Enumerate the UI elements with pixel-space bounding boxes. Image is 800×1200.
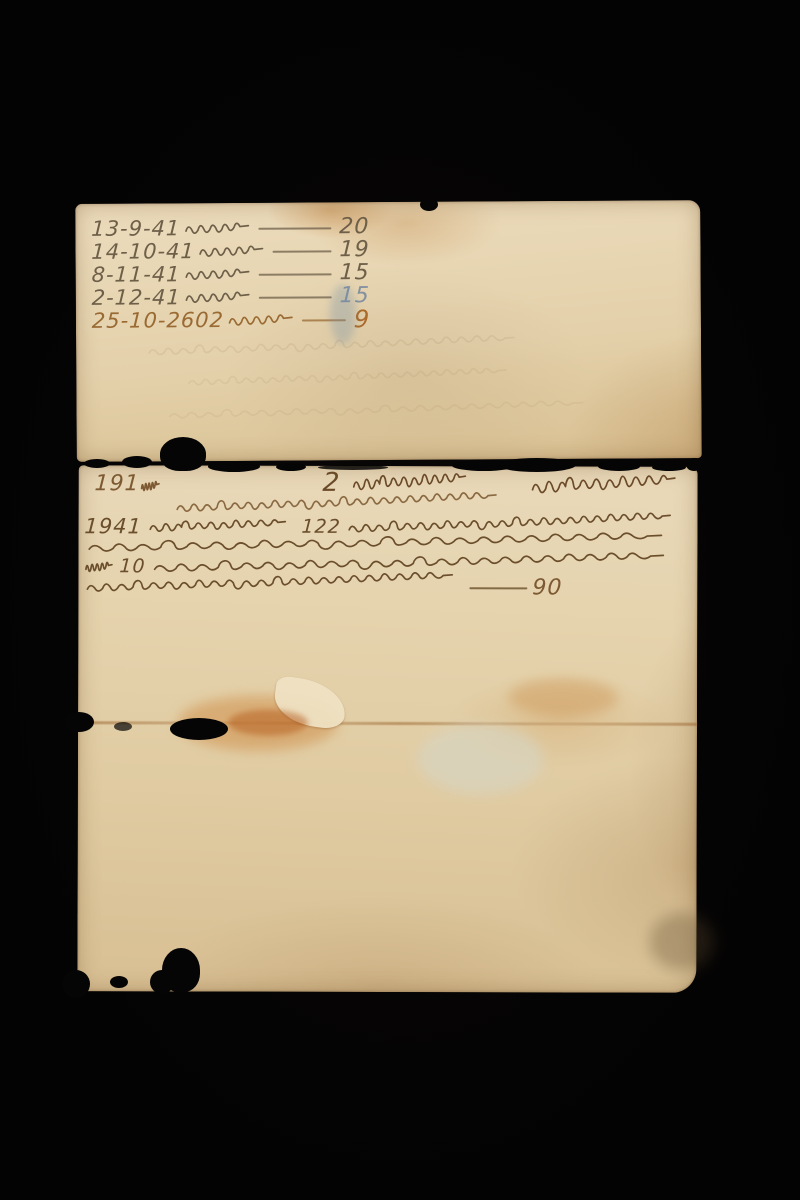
tamil-script-squiggle	[529, 473, 687, 497]
ledger-date: 8-11-41	[91, 262, 181, 287]
photo-background: 13-9-41 20 14-10-41 19 8-11-41 15 2-12-4…	[0, 0, 800, 1200]
ledger-date: 25-10-2602	[91, 308, 224, 333]
tamil-script-squiggle	[197, 242, 269, 259]
tear-hole	[62, 970, 90, 998]
tear-hole	[122, 456, 152, 468]
tamil-script-squiggle	[141, 477, 161, 493]
tear-hole	[598, 462, 640, 471]
tamil-script-squiggle	[183, 265, 255, 282]
tear-hole	[208, 461, 260, 472]
tear-hole	[686, 458, 702, 471]
corner-note-number: 191	[94, 471, 140, 496]
header-invocation-sivamayam: 2	[323, 468, 475, 498]
ledger-amount: 19	[339, 237, 370, 262]
tear-hole	[110, 976, 128, 988]
tamil-script-squiggle	[226, 311, 298, 328]
tamil-script-squiggle	[84, 578, 464, 595]
ledger-date: 14-10-41	[91, 239, 195, 264]
body-number: 10	[119, 555, 146, 577]
dash-stroke	[273, 250, 332, 252]
bleed-through-script	[166, 406, 596, 421]
tear-hole	[498, 458, 576, 472]
invocation-line	[175, 498, 507, 515]
header-name	[529, 473, 687, 497]
body-year: 1941	[84, 514, 143, 538]
ledger-date: 2-12-41	[91, 285, 181, 310]
tamil-script-squiggle	[175, 498, 507, 515]
tear-hole	[114, 722, 132, 731]
tamil-script-squiggle	[182, 219, 254, 236]
tamil-script-squiggle	[346, 519, 680, 536]
stain-orange	[508, 678, 618, 716]
dash-stroke	[259, 296, 332, 298]
tear-hole	[652, 464, 686, 471]
body-amount: 90	[532, 575, 563, 600]
tear-hole	[276, 463, 306, 471]
body-paragraph: 1941 122 10 90	[84, 516, 680, 598]
tear-hole	[318, 465, 388, 470]
tamil-script-squiggle	[350, 472, 474, 494]
ledger-list: 13-9-41 20 14-10-41 19 8-11-41 15 2-12-4…	[91, 215, 370, 332]
ledger-amount: 15	[339, 260, 370, 285]
tear-hole	[150, 970, 174, 994]
tamil-script-squiggle	[147, 518, 297, 534]
corner-note: 191	[95, 471, 161, 496]
pillaiyar-suzhi-mark: 2	[322, 468, 341, 498]
ledger-row: 2-12-41 15	[92, 284, 370, 309]
body-line: 1941 122	[85, 516, 681, 538]
ledger-row: 25-10-2602 9	[92, 307, 370, 332]
dash-stroke	[469, 587, 527, 589]
blue-ink-smudge	[330, 284, 356, 344]
tamil-script-squiggle	[84, 538, 680, 556]
tear-hole	[420, 198, 438, 211]
body-number: 122	[301, 516, 341, 538]
stain-smudge	[649, 913, 713, 971]
tamil-script-squiggle	[183, 288, 255, 305]
ledger-row: 8-11-41 15	[92, 261, 370, 286]
ledger-amount: 20	[339, 214, 370, 239]
bleed-through-script	[146, 341, 526, 357]
ledger-date: 13-9-41	[91, 216, 181, 241]
bleed-through-script	[186, 373, 516, 387]
ledger-row: 13-9-41 20	[91, 215, 369, 240]
tear-hole	[160, 437, 206, 471]
stain-pale	[418, 724, 543, 794]
dash-stroke	[258, 227, 331, 229]
tear-hole	[170, 718, 228, 740]
ledger-row: 14-10-41 19	[91, 238, 369, 263]
paper-top-panel: 13-9-41 20 14-10-41 19 8-11-41 15 2-12-4…	[75, 200, 702, 462]
tear-hole	[64, 712, 94, 732]
dash-stroke	[259, 273, 332, 275]
body-line: 90	[84, 576, 589, 597]
tear-hole	[84, 459, 110, 468]
tamil-script-squiggle	[84, 558, 114, 574]
